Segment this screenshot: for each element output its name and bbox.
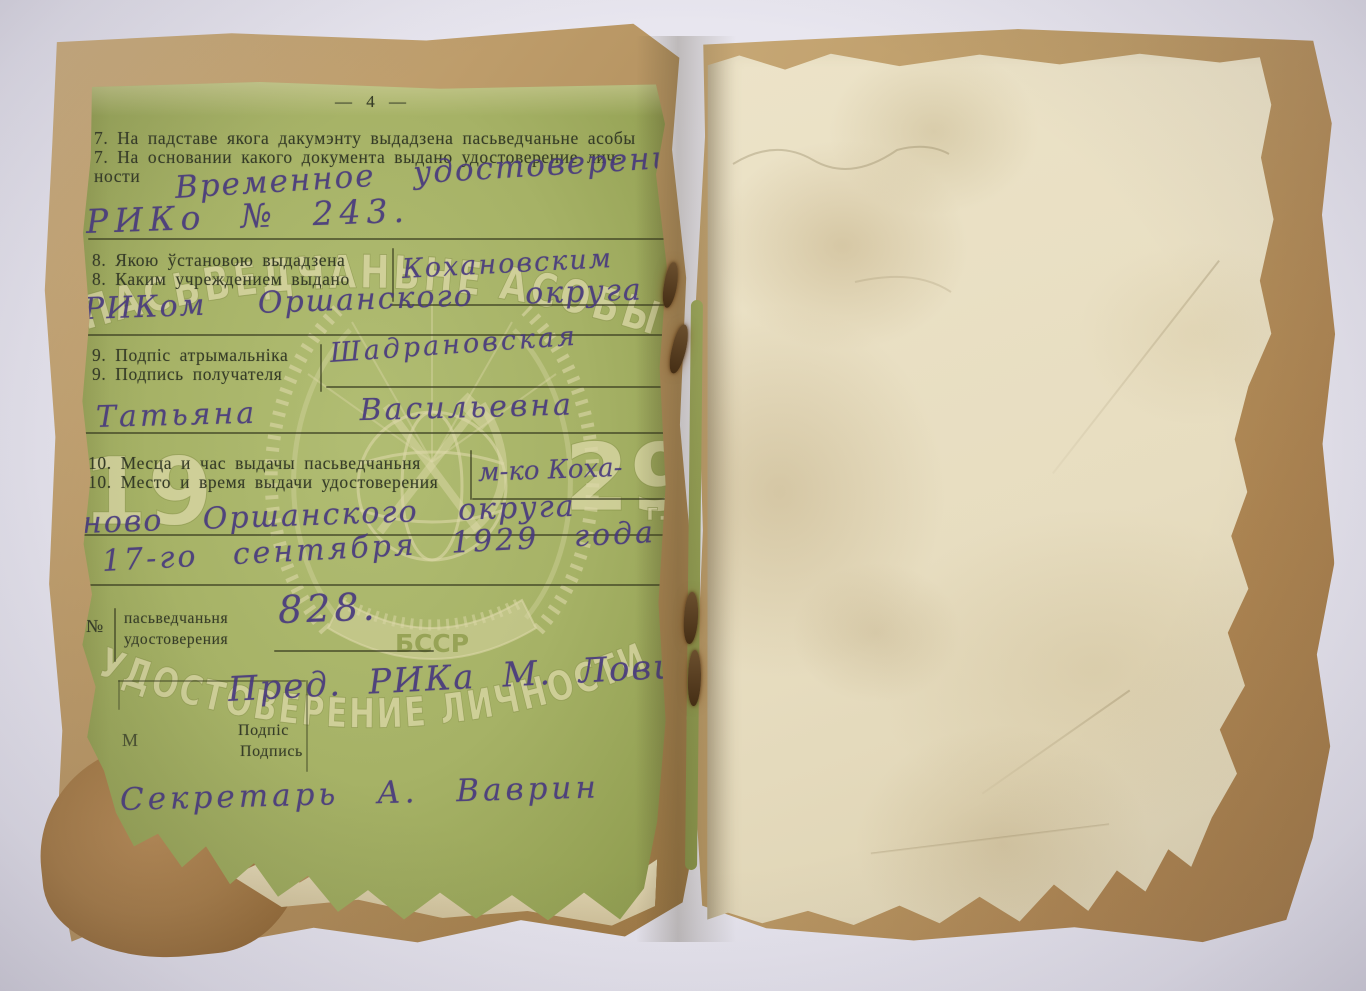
page-number: — 4 — [335,92,409,112]
photo-of-old-identity-booklet: ПАСЬВЕДЧАНЬНЕ АСОБЫ УДОСТОВЕРЕНИЕ ЛИЧНОС… [0,0,1366,991]
field-divider [320,344,322,392]
binding-gutter-shadow [636,36,736,942]
page-left-form: ПАСЬВЕДЧАНЬНЕ АСОБЫ УДОСТОВЕРЕНИЕ ЛИЧНОС… [80,82,680,922]
ribbon-text: БССР [395,629,469,658]
field8-label-be: 8. Якою ўстановою выдадзена [92,250,345,271]
signature-label-ru: Подпись [240,743,303,761]
handwriting-certificate-number: 828. [277,585,379,632]
signature-label-be: Подпіс [238,722,289,740]
number-label-be: пасьведчаньня [124,610,228,628]
number-label-ru: удостоверения [124,631,228,649]
field7-label-ru-cont: ности [94,166,140,187]
field-divider [114,608,116,662]
field9-label-ru: 9. Подпись получателя [92,364,282,385]
seal-box-line [118,680,120,710]
number-symbol: № [86,616,104,637]
handwriting-place-1: м-ко Коха- [477,453,622,488]
ruled-line [326,386,666,388]
ruled-line [274,650,434,652]
field9-label-be: 9. Подпіс атрымальніка [92,345,288,366]
field10-label-ru: 10. Место и время выдачи удостоверения [88,472,438,493]
field10-label-be: 10. Месца и час выдачы пасьведчаньня [88,453,421,474]
seal-mark: М [122,730,139,751]
page-right-blank [705,52,1277,932]
faint-marks [705,52,1277,932]
ruled-line [88,238,664,240]
